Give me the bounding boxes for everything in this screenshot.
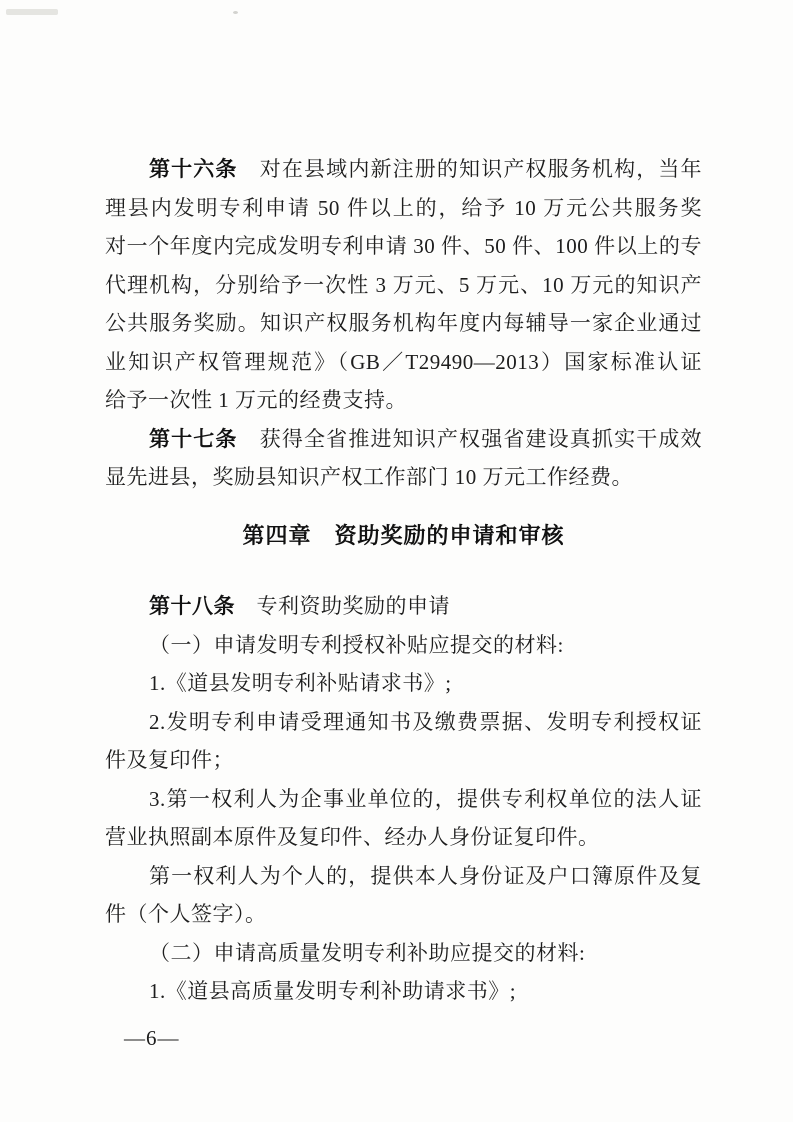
scan-dot-artifact xyxy=(233,11,238,14)
text-line: 第十六条 对在县域内新注册的知识产权服务机构，当年代 xyxy=(105,150,702,189)
text-segment: 3.第一权利人为企事业单位的，提供专利权单位的法人证书或 xyxy=(149,787,702,819)
text-segment: 显先进县，奖励县知识产权工作部门 10 万元工作经费。 xyxy=(105,465,633,489)
text-segment: 2.发明专利申请受理通知书及缴费票据、发明专利授权证书原 xyxy=(149,710,702,742)
text-line: 公共服务奖励。知识产权服务机构年度内每辅导一家企业通过《企 xyxy=(105,304,702,343)
text-line: （一）申请发明专利授权补贴应提交的材料: xyxy=(105,626,702,665)
text-line: 业知识产权管理规范》（GB／T29490—2013）国家标准认证的， xyxy=(105,343,702,382)
text-line: 营业执照副本原件及复印件、经办人身份证复印件。 xyxy=(105,818,702,857)
text-segment: 件（个人签字）。 xyxy=(105,902,267,926)
text-line: 第十八条 专利资助奖励的申请 xyxy=(105,587,702,626)
text-segment: （一）申请发明专利授权补贴应提交的材料: xyxy=(149,633,564,657)
text-line: 件（个人签字）。 xyxy=(105,895,702,934)
text-segment: 第一权利人为个人的，提供本人身份证及户口簿原件及复印 xyxy=(149,864,702,896)
document-page: 第十六条 对在县域内新注册的知识产权服务机构，当年代理县内发明专利申请 50 件… xyxy=(0,0,793,1122)
text-segment: （二）申请高质量发明专利补助应提交的材料: xyxy=(149,941,585,965)
text-segment: 给予一次性 1 万元的经费支持。 xyxy=(105,388,407,412)
text-line: 给予一次性 1 万元的经费支持。 xyxy=(105,381,702,420)
bold-term: 第十七条 xyxy=(149,428,238,451)
text-line: 2.发明专利申请受理通知书及缴费票据、发明专利授权证书原 xyxy=(105,703,702,742)
text-line: 对一个年度内完成发明专利申请 30 件、50 件、100 件以上的专利 xyxy=(105,227,702,266)
text-line: 第十七条 获得全省推进知识产权强省建设真抓实干成效明 xyxy=(105,420,702,459)
text-line: 件及复印件； xyxy=(105,741,702,780)
text-segment: 专利资助奖励的申请 xyxy=(235,594,450,618)
bold-term: 第十六条 xyxy=(149,158,238,181)
scan-smudge-artifact xyxy=(6,9,58,15)
chapter-heading: 第四章 资助奖励的申请和审核 xyxy=(105,517,702,556)
text-segment: 业知识产权管理规范》（GB／T29490—2013）国家标准认证的， xyxy=(105,350,702,382)
text-segment: 对一个年度内完成发明专利申请 30 件、50 件、100 件以上的专利 xyxy=(105,234,702,266)
text-line: 代理机构，分别给予一次性 3 万元、5 万元、10 万元的知识产权 xyxy=(105,266,702,305)
text-segment: 理县内发明专利申请 50 件以上的，给予 10 万元公共服务奖励。 xyxy=(105,196,702,228)
page-number: —6— xyxy=(124,1026,180,1051)
text-segment: 1.《道县高质量发明专利补助请求书》; xyxy=(149,979,516,1003)
text-line: 第一权利人为个人的，提供本人身份证及户口簿原件及复印 xyxy=(105,857,702,896)
text-line: 1.《道县发明专利补贴请求书》; xyxy=(105,664,702,703)
text-segment: 1.《道县发明专利补贴请求书》; xyxy=(149,671,452,695)
text-line: 1.《道县高质量发明专利补助请求书》; xyxy=(105,972,702,1011)
text-segment: 代理机构，分别给予一次性 3 万元、5 万元、10 万元的知识产权 xyxy=(105,273,702,305)
text-line: 显先进县，奖励县知识产权工作部门 10 万元工作经费。 xyxy=(105,458,702,497)
text-line: 3.第一权利人为企事业单位的，提供专利权单位的法人证书或 xyxy=(105,780,702,819)
document-content: 第十六条 对在县域内新注册的知识产权服务机构，当年代理县内发明专利申请 50 件… xyxy=(105,150,702,1011)
text-segment: 件及复印件； xyxy=(105,748,234,772)
bold-term: 第十八条 xyxy=(149,595,235,618)
text-line: （二）申请高质量发明专利补助应提交的材料: xyxy=(105,934,702,973)
text-segment: 营业执照副本原件及复印件、经办人身份证复印件。 xyxy=(105,825,600,849)
text-segment: 公共服务奖励。知识产权服务机构年度内每辅导一家企业通过《企 xyxy=(105,311,702,343)
text-line: 理县内发明专利申请 50 件以上的，给予 10 万元公共服务奖励。 xyxy=(105,189,702,228)
